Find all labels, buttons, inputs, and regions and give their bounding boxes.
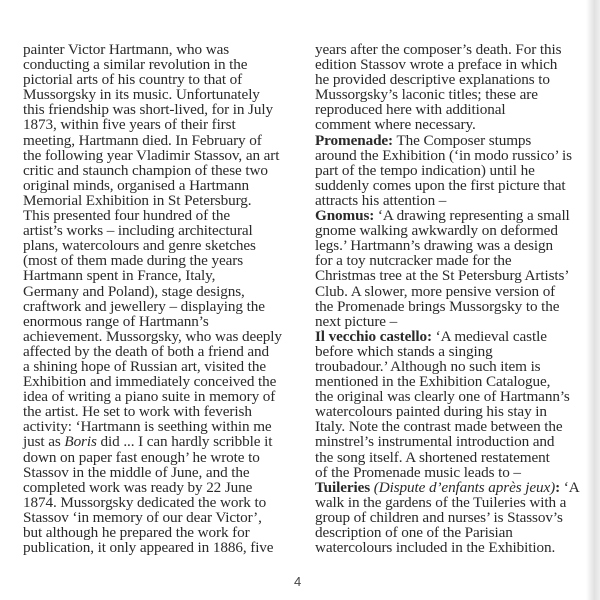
text-line: Mussorgsky in its music. Unfortunately xyxy=(23,87,303,102)
text-line: of the Promenade music leads to – xyxy=(315,465,595,480)
text-line: suddenly comes upon the first picture th… xyxy=(315,178,595,193)
text-line: the following year Vladimir Stassov, an … xyxy=(23,148,303,163)
left-text-column: painter Victor Hartmann, who wasconducti… xyxy=(23,42,303,555)
text-line: Italy. Note the contrast made between th… xyxy=(315,419,595,434)
text-line: Christmas tree at the St Petersburg Arti… xyxy=(315,268,595,283)
text-line: minstrel’s instrumental introduction and xyxy=(315,434,595,449)
text-line: legs.’ Hartmann’s drawing was a design xyxy=(315,238,595,253)
text-line: comment where necessary. xyxy=(315,117,595,132)
text-line: around the Exhibition (‘in modo russico’… xyxy=(315,148,595,163)
text-line: achievement. Mussorgsky, who was deeply xyxy=(23,329,303,344)
text-line: but although he prepared the work for xyxy=(23,525,303,540)
text-line: attracts his attention – xyxy=(315,193,595,208)
text-line: watercolours painted during his stay in xyxy=(315,404,595,419)
text-line: This presented four hundred of the xyxy=(23,208,303,223)
text-line: just as Boris did ... I can hardly scrib… xyxy=(23,434,303,449)
text-line: Tuileries (Dispute d’enfants après jeux)… xyxy=(315,480,595,495)
text-line: he provided descriptive explanations to xyxy=(315,72,595,87)
text-line: 1874. Mussorgsky dedicated the work to xyxy=(23,495,303,510)
text-line: walk in the gardens of the Tuileries wit… xyxy=(315,495,595,510)
text-line: down on paper fast enough’ he wrote to xyxy=(23,450,303,465)
text-line: publication, it only appeared in 1886, f… xyxy=(23,540,303,555)
text-line: group of children and nurses’ is Stassov… xyxy=(315,510,595,525)
text-line: for a toy nutcracker made for the xyxy=(315,253,595,268)
text-line: Stassov in the middle of June, and the xyxy=(23,465,303,480)
text-line: a shining hope of Russian art, visited t… xyxy=(23,359,303,374)
text-line: painter Victor Hartmann, who was xyxy=(23,42,303,57)
text-line: affected by the death of both a friend a… xyxy=(23,344,303,359)
text-line: enormous range of Hartmann’s xyxy=(23,314,303,329)
text-line: part of the tempo indication) until he xyxy=(315,163,595,178)
text-line: (most of them made during the years xyxy=(23,253,303,268)
text-line: Hartmann spent in France, Italy, xyxy=(23,268,303,283)
italic-text: Boris xyxy=(64,433,96,450)
text-line: Memorial Exhibition in St Petersburg. xyxy=(23,193,303,208)
text-line: this friendship was short-lived, for in … xyxy=(23,102,303,117)
text-line: pictorial arts of his country to that of xyxy=(23,72,303,87)
text-line: Exhibition and immediately conceived the xyxy=(23,374,303,389)
text-line: activity: ‘Hartmann is seething within m… xyxy=(23,419,303,434)
text-line: 1873, within five years of their first xyxy=(23,117,303,132)
text-line: completed work was ready by 22 June xyxy=(23,480,303,495)
text-line: conducting a similar revolution in the xyxy=(23,57,303,72)
text-line: original minds, organised a Hartmann xyxy=(23,178,303,193)
right-text-column: years after the composer’s death. For th… xyxy=(315,42,595,555)
text-line: the song itself. A shortened restatement xyxy=(315,450,595,465)
text-line: meeting, Hartmann died. In February of xyxy=(23,133,303,148)
text-line: description of one of the Parisian xyxy=(315,525,595,540)
text-line: Stassov ‘in memory of our dear Victor’, xyxy=(23,510,303,525)
text-line: Gnomus: ‘A drawing representing a small xyxy=(315,208,595,223)
text-line: reproduced here with additional xyxy=(315,102,595,117)
text-line: Mussorgsky’s laconic titles; these are xyxy=(315,87,595,102)
text-line: artist’s works – including architectural xyxy=(23,223,303,238)
text-line: gnome walking awkwardly on deformed xyxy=(315,223,595,238)
text-line: next picture – xyxy=(315,314,595,329)
text-line: the Promenade brings Mussorgsky to the xyxy=(315,299,595,314)
text-line: the artist. He set to work with feverish xyxy=(23,404,303,419)
text-line: Club. A slower, more pensive version of xyxy=(315,284,595,299)
text-line: Il vecchio castello: ‘A medieval castle xyxy=(315,329,595,344)
text-line: Germany and Poland), stage designs, xyxy=(23,284,303,299)
text-line: watercolours included in the Exhibition. xyxy=(315,540,595,555)
text-line: years after the composer’s death. For th… xyxy=(315,42,595,57)
page-number: 4 xyxy=(294,574,301,589)
text-line: edition Stassov wrote a preface in which xyxy=(315,57,595,72)
section-heading: Promenade: xyxy=(315,132,393,149)
text-line: critic and staunch champion of these two xyxy=(23,163,303,178)
text-line: the original was clearly one of Hartmann… xyxy=(315,389,595,404)
text-line: idea of writing a piano suite in memory … xyxy=(23,389,303,404)
text-line: plans, watercolours and genre sketches xyxy=(23,238,303,253)
page-fold-shadow xyxy=(586,0,600,600)
text-line: craftwork and jewellery – displaying the xyxy=(23,299,303,314)
text-line: mentioned in the Exhibition Catalogue, xyxy=(315,374,595,389)
text-line: troubadour.’ Although no such item is xyxy=(315,359,595,374)
text-line: before which stands a singing xyxy=(315,344,595,359)
text-line: Promenade: The Composer stumps xyxy=(315,133,595,148)
